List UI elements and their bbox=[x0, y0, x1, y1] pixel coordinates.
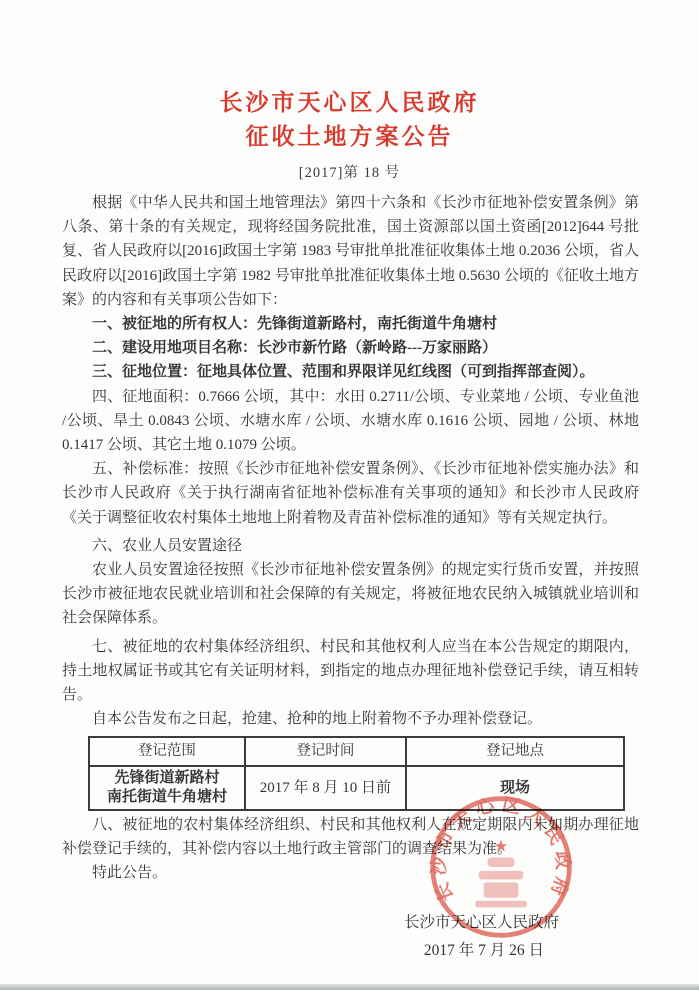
column-header-registration-place: 登记地点 bbox=[406, 737, 624, 765]
paragraph-item5: 五、补偿标准：按照《长沙市征地补偿安置条例》、《长沙市征地补偿实施办法》和长沙市… bbox=[62, 457, 639, 530]
paragraph-intro: 根据《中华人民共和国土地管理法》第四十六条和《长沙市征地补偿安置条例》第八条、第… bbox=[62, 191, 639, 312]
paragraph-item1: 一、被征地的所有权人：先锋街道新路村，南托街道牛角塘村 bbox=[62, 312, 639, 336]
paragraph-item7b: 自本公告发布之日起，抢建、抢种的地上附着物不予办理补偿登记。 bbox=[62, 707, 639, 731]
table-row: 先锋街道新路村 南托街道牛角塘村 2017 年 8 月 10 日前 现场 bbox=[89, 766, 624, 810]
column-header-registration-range: 登记范围 bbox=[89, 737, 245, 765]
scan-edge-artifact bbox=[0, 984, 699, 990]
document-title-line2: 征收土地方案公告 bbox=[0, 120, 699, 154]
signature-date: 2017 年 7 月 26 日 bbox=[62, 937, 639, 965]
paragraph-item8: 八、被征地的农村集体经济组织、村民和其他权利人在规定期限内未如期办理征地补偿登记… bbox=[62, 813, 639, 861]
table-header-row: 登记范围 登记时间 登记地点 bbox=[89, 737, 624, 765]
signature-block: 长沙市天心区人民政府 2017 年 7 月 26 日 bbox=[62, 909, 639, 965]
document-page: 长沙市天心区人民政府 征收土地方案公告 [2017]第 18 号 根据《中华人民… bbox=[0, 0, 699, 990]
document-number: [2017]第 18 号 bbox=[0, 161, 699, 182]
paragraph-item3: 三、征地位置：征地具体位置、范围和界限详见红线图（可到指挥部查阅）。 bbox=[62, 360, 639, 384]
column-header-registration-time: 登记时间 bbox=[245, 737, 406, 765]
cell-registration-time: 2017 年 8 月 10 日前 bbox=[245, 766, 406, 810]
registration-table: 登记范围 登记时间 登记地点 先锋街道新路村 南托街道牛角塘村 2017 年 8… bbox=[88, 736, 625, 810]
range-village-2: 南托街道牛角塘村 bbox=[92, 788, 242, 807]
paragraph-item6-title: 六、农业人员安置途径 bbox=[62, 534, 639, 558]
cell-registration-place: 现场 bbox=[406, 766, 624, 810]
document-title-line1: 长沙市天心区人民政府 bbox=[0, 0, 699, 120]
range-village-1: 先锋街道新路村 bbox=[92, 769, 242, 788]
paragraph-closing: 特此公告。 bbox=[62, 861, 639, 885]
cell-registration-range: 先锋街道新路村 南托街道牛角塘村 bbox=[89, 766, 245, 810]
document-body: 根据《中华人民共和国土地管理法》第四十六条和《长沙市征地补偿安置条例》第八条、第… bbox=[62, 191, 639, 965]
paragraph-item2: 二、建设用地项目名称：长沙市新竹路（新岭路---万家丽路） bbox=[62, 336, 639, 360]
paragraph-item7: 七、被征地的农村集体经济组织、村民和其他权利人应当在本公告规定的期限内，持土地权… bbox=[62, 635, 639, 708]
signature-authority: 长沙市天心区人民政府 bbox=[62, 909, 639, 937]
paragraph-item6-body: 农业人员安置途径按照《长沙市征地补偿安置条例》的规定实行货币安置，并按照长沙市被… bbox=[62, 558, 639, 631]
paragraph-item4: 四、征地面积：0.7666 公顷，其中：水田 0.2711/公顷、专业菜地 / … bbox=[62, 385, 639, 458]
